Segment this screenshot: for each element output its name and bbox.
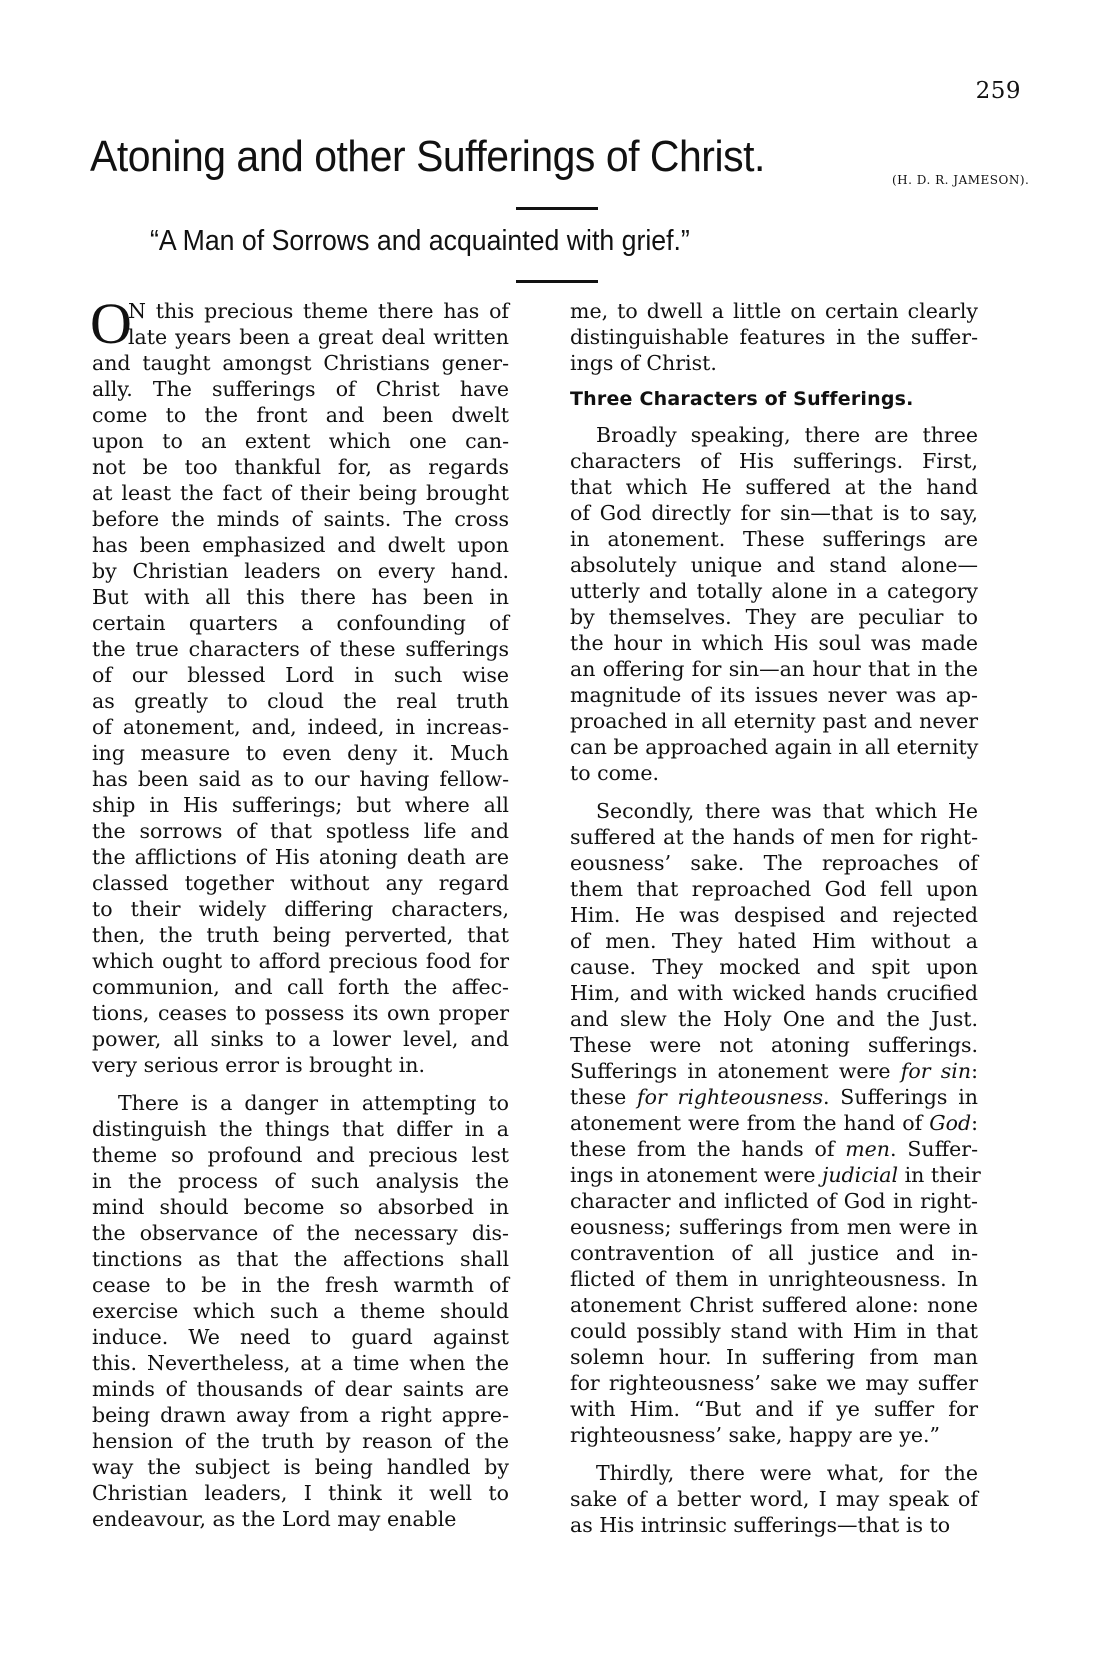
- text-line: of men. They hated Him without a: [570, 928, 978, 954]
- text-line: classed together without any regard: [92, 870, 509, 896]
- article-title-row: Atoning and other Sufferings of Christ.: [90, 132, 816, 182]
- text-line: me, to dwell a little on certain clearly: [570, 298, 978, 324]
- section-heading: Three Characters of Sufferings.: [570, 386, 978, 412]
- text-line: minds of thousands of dear saints are: [92, 1376, 509, 1402]
- text-line: There is a danger in attempting to: [92, 1090, 509, 1116]
- paragraph: Broadly speaking, there are threecharact…: [570, 422, 978, 786]
- article-author: (H. D. R. JAMESON).: [892, 173, 1029, 187]
- text-line: exercise which such a theme should: [92, 1298, 509, 1324]
- text-line: by Christian leaders on every hand.: [92, 558, 509, 584]
- paragraph: Secondly, there was that which Hesuffere…: [570, 798, 978, 1448]
- text-line: Secondly, there was that which He: [570, 798, 978, 824]
- paragraph-gap: [570, 1448, 978, 1460]
- text-line: contravention of all justice and in-: [570, 1240, 978, 1266]
- text-line: ship in His sufferings; but where all: [92, 792, 509, 818]
- text-line: hension of the truth by reason of the: [92, 1428, 509, 1454]
- paragraph: There is a danger in attempting todistin…: [92, 1090, 509, 1532]
- article-epigraph: “A Man of Sorrows and acquainted with gr…: [150, 225, 877, 258]
- document-page: 259 Atoning and other Sufferings of Chri…: [0, 0, 1099, 1653]
- text-line: proached in all eternity past and never: [570, 708, 978, 734]
- text-line: for righteousness’ sake we may suffer: [570, 1370, 978, 1396]
- right-column: me, to dwell a little on certain clearly…: [570, 298, 978, 1538]
- text-line: with Him. “But and if ye suffer for: [570, 1396, 978, 1422]
- text-line: as greatly to cloud the real truth: [92, 688, 509, 714]
- text-line: distinguishable features in the suffer-: [570, 324, 978, 350]
- text-line: has been emphasized and dwelt upon: [92, 532, 509, 558]
- text-line: righteousness’ sake, happy are ye.”: [570, 1422, 978, 1448]
- text-line: as His intrinsic sufferings—that is to: [570, 1512, 978, 1538]
- text-line: solemn hour. In suffering from man: [570, 1344, 978, 1370]
- italic-emphasis: judicial: [822, 1163, 898, 1187]
- text-line: come to the front and been dwelt: [92, 402, 509, 428]
- text-line: could possibly stand with Him in that: [570, 1318, 978, 1344]
- text-line: that which He suffered at the hand: [570, 474, 978, 500]
- text-line: in atonement. These sufferings are: [570, 526, 978, 552]
- drop-cap: O: [90, 296, 132, 352]
- italic-emphasis: men: [845, 1137, 890, 1161]
- text-line: can be approached again in all eternity: [570, 734, 978, 760]
- text-line: late years been a great deal written: [92, 324, 509, 350]
- text-line: eousness’ sake. The reproaches of: [570, 850, 978, 876]
- text-line: atonement were from the hand of God:: [570, 1110, 978, 1136]
- text-line: cease to be in the fresh warmth of: [92, 1272, 509, 1298]
- text-line: ings in atonement were judicial in their: [570, 1162, 978, 1188]
- text-line: has been said as to our having fellow-: [92, 766, 509, 792]
- text-line: theme so profound and precious lest: [92, 1142, 509, 1168]
- text-line: these from the hands of men. Suffer-: [570, 1136, 978, 1162]
- text-line: N this precious theme there has of: [92, 298, 509, 324]
- italic-emphasis: God: [929, 1111, 971, 1135]
- text-line: Broadly speaking, there are three: [570, 422, 978, 448]
- paragraph-gap: [92, 1078, 509, 1090]
- text-line: mind should become so absorbed in: [92, 1194, 509, 1220]
- text-line: flicted of them in unrighteousness. In: [570, 1266, 978, 1292]
- text-line: tions, ceases to possess its own proper: [92, 1000, 509, 1026]
- text-line: very serious error is brought in.: [92, 1052, 509, 1078]
- text-line: and taught amongst Christians gener-: [92, 350, 509, 376]
- italic-emphasis: for righteousness: [637, 1085, 823, 1109]
- page-number: 259: [976, 78, 1021, 104]
- article-title: Atoning and other Sufferings of Christ.: [90, 132, 765, 182]
- text-line: absolutely unique and stand alone—: [570, 552, 978, 578]
- italic-emphasis: for sin: [901, 1059, 971, 1083]
- text-line: Thirdly, there were what, for the: [570, 1460, 978, 1486]
- text-line: the afflictions of His atoning death are: [92, 844, 509, 870]
- text-line: But with all this there has been in: [92, 584, 509, 610]
- text-line: induce. We need to guard against: [92, 1324, 509, 1350]
- text-line: of atonement, and, indeed, in increas-: [92, 714, 509, 740]
- text-line: tinctions as that the affections shall: [92, 1246, 509, 1272]
- text-line: distinguish the things that differ in a: [92, 1116, 509, 1142]
- text-line: utterly and totally alone in a category: [570, 578, 978, 604]
- text-line: Christian leaders, I think it well to: [92, 1480, 509, 1506]
- text-line: cause. They mocked and spit upon: [570, 954, 978, 980]
- text-line: the hour in which His soul was made: [570, 630, 978, 656]
- text-line: and slew the Holy One and the Just.: [570, 1006, 978, 1032]
- text-line: certain quarters a confounding of: [92, 610, 509, 636]
- text-line: suffered at the hands of men for right-: [570, 824, 978, 850]
- text-line: to come.: [570, 760, 978, 786]
- text-line: by themselves. They are peculiar to: [570, 604, 978, 630]
- epigraph-divider-rule: [516, 280, 598, 283]
- text-line: character and inflicted of God in right-: [570, 1188, 978, 1214]
- text-line: ings of Christ.: [570, 350, 978, 376]
- text-line: the true characters of these sufferings: [92, 636, 509, 662]
- text-line: not be too thankful for, as regards: [92, 454, 509, 480]
- text-line: sake of a better word, I may speak of: [570, 1486, 978, 1512]
- text-line: Him. He was despised and rejected: [570, 902, 978, 928]
- text-line: which ought to afford precious food for: [92, 948, 509, 974]
- text-line: Him, and with wicked hands crucified: [570, 980, 978, 1006]
- text-line: characters of His sufferings. First,: [570, 448, 978, 474]
- text-line: These were not atoning sufferings.: [570, 1032, 978, 1058]
- text-line: ally. The sufferings of Christ have: [92, 376, 509, 402]
- paragraph: Thirdly, there were what, for thesake of…: [570, 1460, 978, 1538]
- text-line: before the minds of saints. The cross: [92, 506, 509, 532]
- text-line: Sufferings in atonement were for sin:: [570, 1058, 978, 1084]
- paragraph-gap: [570, 786, 978, 798]
- text-line: these for righteousness. Sufferings in: [570, 1084, 978, 1110]
- text-line: of God directly for sin—that is to say,: [570, 500, 978, 526]
- text-line: atonement Christ suffered alone: none: [570, 1292, 978, 1318]
- paragraph: me, to dwell a little on certain clearly…: [570, 298, 978, 376]
- text-line: of our blessed Lord in such wise: [92, 662, 509, 688]
- text-line: magnitude of its issues never was ap-: [570, 682, 978, 708]
- text-line: to their widely differing characters,: [92, 896, 509, 922]
- text-line: power, all sinks to a lower level, and: [92, 1026, 509, 1052]
- text-line: eousness; sufferings from men were in: [570, 1214, 978, 1240]
- text-line: this. Nevertheless, at a time when the: [92, 1350, 509, 1376]
- text-line: way the subject is being handled by: [92, 1454, 509, 1480]
- text-line: at least the fact of their being brought: [92, 480, 509, 506]
- text-line: communion, and call forth the affec-: [92, 974, 509, 1000]
- text-line: being drawn away from a right appre-: [92, 1402, 509, 1428]
- title-divider-rule: [516, 207, 598, 210]
- text-line: them that reproached God fell upon: [570, 876, 978, 902]
- text-line: upon to an extent which one can-: [92, 428, 509, 454]
- text-line: ing measure to even deny it. Much: [92, 740, 509, 766]
- text-line: in the process of such analysis the: [92, 1168, 509, 1194]
- text-line: an offering for sin—an hour that in the: [570, 656, 978, 682]
- text-line: the sorrows of that spotless life and: [92, 818, 509, 844]
- text-line: the observance of the necessary dis-: [92, 1220, 509, 1246]
- text-line: then, the truth being perverted, that: [92, 922, 509, 948]
- left-column: N this precious theme there has oflate y…: [92, 298, 509, 1532]
- paragraph: N this precious theme there has oflate y…: [92, 298, 509, 1078]
- text-line: endeavour, as the Lord may enable: [92, 1506, 509, 1532]
